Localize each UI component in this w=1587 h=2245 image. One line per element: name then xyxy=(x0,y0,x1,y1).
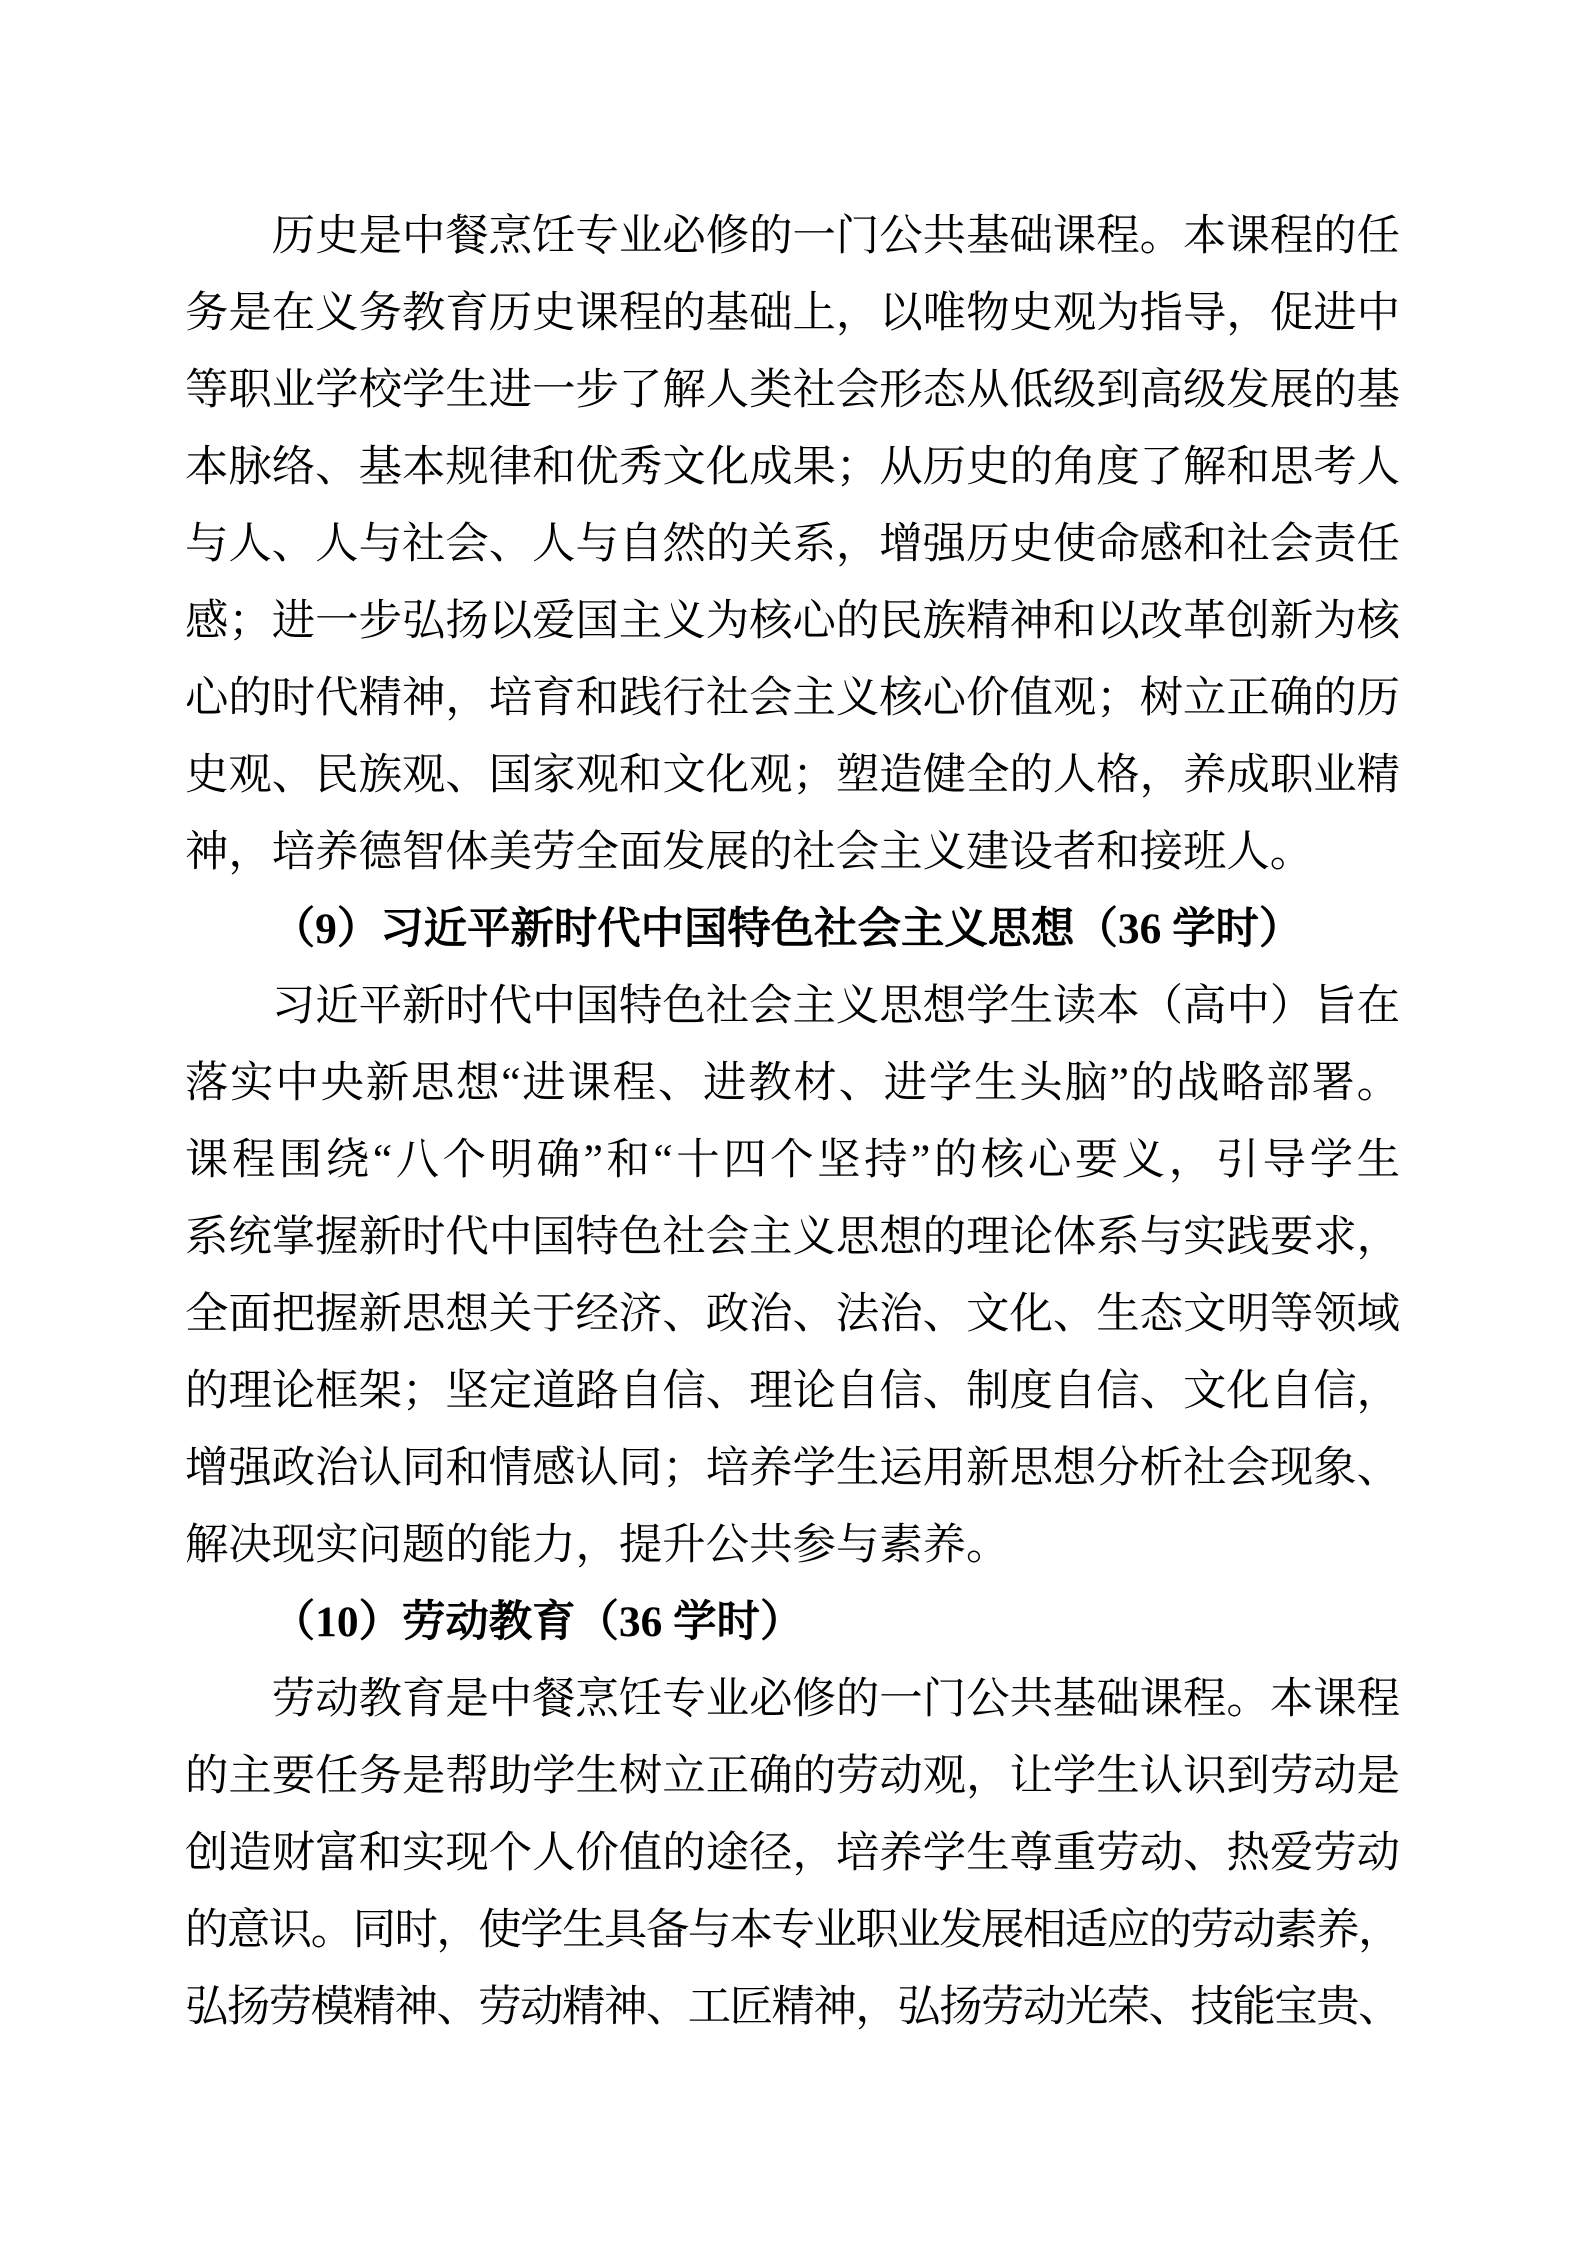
text-line: 神，培养德智体美劳全面发展的社会主义建设者和接班人。 xyxy=(185,814,1400,891)
text-line: 的意识。同时，使学生具备与本专业职业发展相适应的劳动素养， xyxy=(185,1892,1400,1969)
text-line: 落实中央新思想“进课程、进教材、进学生头脑”的战略部署。 xyxy=(185,1045,1400,1122)
text-line: 的主要任务是帮助学生树立正确的劳动观，让学生认识到劳动是 xyxy=(185,1738,1400,1815)
text-line: 增强政治认同和情感认同；培养学生运用新思想分析社会现象、 xyxy=(185,1430,1400,1507)
text-line: 的理论框架；坚定道路自信、理论自信、制度自信、文化自信， xyxy=(185,1353,1400,1430)
text-line: 解决现实问题的能力，提升公共参与素养。 xyxy=(185,1507,1400,1584)
text-line: 劳动教育是中餐烹饪专业必修的一门公共基础课程。本课程 xyxy=(185,1661,1400,1738)
text-line: 务是在义务教育历史课程的基础上，以唯物史观为指导，促进中 xyxy=(185,275,1400,352)
text-line: 弘扬劳模精神、劳动精神、工匠精神，弘扬劳动光荣、技能宝贵、 xyxy=(185,1969,1400,2046)
text-line: 本脉络、基本规律和优秀文化成果；从历史的角度了解和思考人 xyxy=(185,429,1400,506)
text-line: 系统掌握新时代中国特色社会主义思想的理论体系与实践要求， xyxy=(185,1199,1400,1276)
document-page: 历史是中餐烹饪专业必修的一门公共基础课程。本课程的任务是在义务教育历史课程的基础… xyxy=(0,0,1587,2245)
text-line: 感；进一步弘扬以爱国主义为核心的民族精神和以改革创新为核 xyxy=(185,583,1400,660)
text-line: 习近平新时代中国特色社会主义思想学生读本（高中）旨在 xyxy=(185,968,1400,1045)
text-line: 历史是中餐烹饪专业必修的一门公共基础课程。本课程的任 xyxy=(185,198,1400,275)
text-line: 全面把握新思想关于经济、政治、法治、文化、生态文明等领域 xyxy=(185,1276,1400,1353)
text-line: 等职业学校学生进一步了解人类社会形态从低级到高级发展的基 xyxy=(185,352,1400,429)
section-heading: （10）劳动教育（36 学时） xyxy=(185,1584,1400,1661)
text-line: 课程围绕“八个明确”和“十四个坚持”的核心要义，引导学生 xyxy=(185,1122,1400,1199)
text-block: 历史是中餐烹饪专业必修的一门公共基础课程。本课程的任务是在义务教育历史课程的基础… xyxy=(185,198,1400,2046)
text-line: 心的时代精神，培育和践行社会主义核心价值观；树立正确的历 xyxy=(185,660,1400,737)
section-heading: （9）习近平新时代中国特色社会主义思想（36 学时） xyxy=(185,891,1400,968)
text-line: 史观、民族观、国家观和文化观；塑造健全的人格，养成职业精 xyxy=(185,737,1400,814)
text-line: 创造财富和实现个人价值的途径，培养学生尊重劳动、热爱劳动 xyxy=(185,1815,1400,1892)
text-line: 与人、人与社会、人与自然的关系，增强历史使命感和社会责任 xyxy=(185,506,1400,583)
